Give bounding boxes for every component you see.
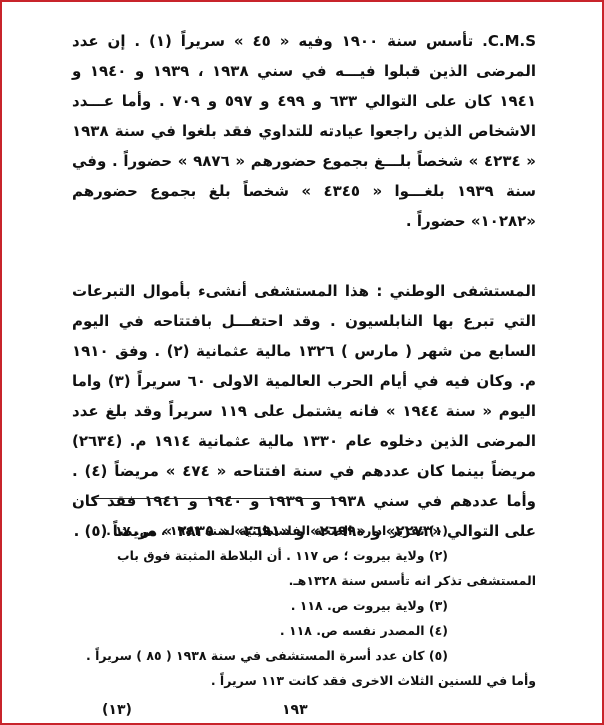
paragraph-national-hospital: المستشفى الوطني : هذا المستشفى أنشىء بأم… [72, 276, 536, 546]
footnote-marker: (٤) [429, 623, 448, 638]
paragraph-lead: المستشفى الوطني : [376, 282, 536, 300]
footnote-marker: (٥) [429, 648, 448, 663]
footnote-1: (١) تقرير ادارة الصحة الفلسطينية لسنة ١٩… [76, 518, 536, 543]
footnote-text: كان عدد أسرة المستشفى في سنة ١٩٣٨ ( ٨٥ )… [86, 648, 536, 688]
page-body: C.M.S. تأسس سنة ١٩٠٠ وفيه « ٤٥ » سريراً … [72, 26, 536, 546]
footnote-text: ولاية بيروت ص. ١١٨ . [291, 598, 425, 613]
footnote-5: (٥) كان عدد أسرة المستشفى في سنة ١٩٣٨ ( … [76, 643, 536, 693]
paragraph-cms-hospital: C.M.S. تأسس سنة ١٩٠٠ وفيه « ٤٥ » سريراً … [72, 26, 536, 236]
inner-folio-number: (١٣) [102, 702, 132, 718]
footnote-separator [94, 498, 342, 499]
page-frame: C.M.S. تأسس سنة ١٩٠٠ وفيه « ٤٥ » سريراً … [0, 0, 604, 725]
footnote-4: (٤) المصدر نفسه ص. ١١٨ . [76, 618, 536, 643]
footnote-text: المصدر نفسه ص. ١١٨ . [280, 623, 425, 638]
footnote-marker: (١) [429, 523, 448, 538]
page-number: ١٩٣ [282, 702, 308, 718]
footnote-text: ولاية بيروت ؛ ص ١١٧ . أن البلاطة المثبتة… [117, 548, 536, 588]
footnote-2: (٢) ولاية بيروت ؛ ص ١١٧ . أن البلاطة الم… [76, 543, 536, 593]
footnote-3: (٣) ولاية بيروت ص. ١١٨ . [76, 593, 536, 618]
footnotes: (١) تقرير ادارة الصحة الفلسطينية لسنة ١٩… [76, 518, 536, 693]
footnote-marker: (٢) [429, 548, 448, 563]
footnote-marker: (٣) [429, 598, 448, 613]
page-footer: (١٣) ١٩٣ [2, 702, 604, 722]
paragraph-text: هذا المستشفى أنشىء بأموال التبرعات التي … [72, 282, 536, 540]
footnote-text: تقرير ادارة الصحة الفلسطينية لسنة ١٩٤١ ،… [106, 523, 424, 538]
paragraph-text: C.M.S. تأسس سنة ١٩٠٠ وفيه « ٤٥ » سريراً … [72, 32, 536, 230]
